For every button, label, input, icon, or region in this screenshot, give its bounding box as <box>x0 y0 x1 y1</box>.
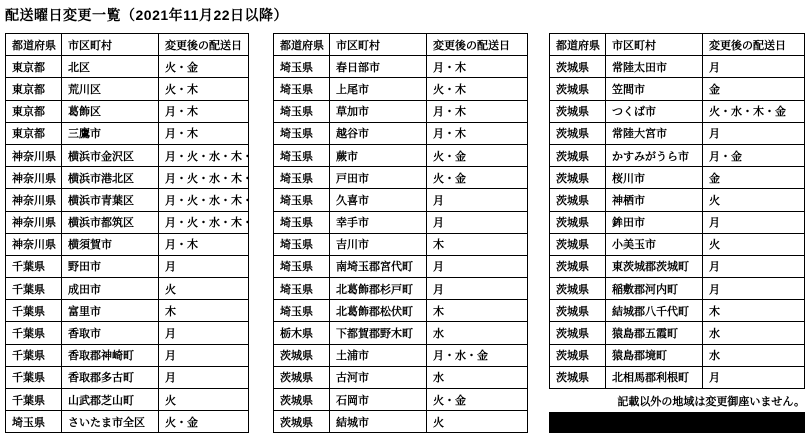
municipality-cell: 北相馬郡利根町 <box>606 366 703 388</box>
delivery-days-cell: 月 <box>703 56 805 78</box>
municipality-cell: 桜川市 <box>606 167 703 189</box>
prefecture-cell: 茨城県 <box>550 56 606 78</box>
municipality-cell: 上尾市 <box>330 78 427 100</box>
table-row: 茨城県笠間市金 <box>550 78 805 100</box>
delivery-days-cell: 水 <box>427 366 528 388</box>
table-row: 神奈川県横浜市金沢区月・火・水・木・金 <box>6 144 249 166</box>
municipality-cell: 横浜市金沢区 <box>62 144 159 166</box>
prefecture-cell: 東京都 <box>6 122 62 144</box>
prefecture-cell: 千葉県 <box>6 278 62 300</box>
municipality-cell: 越谷市 <box>330 122 427 144</box>
delivery-days-cell: 月 <box>703 278 805 300</box>
delivery-days-cell: 火 <box>159 389 249 411</box>
municipality-cell: 横浜市港北区 <box>62 167 159 189</box>
delivery-days-cell: 木 <box>427 300 528 322</box>
municipality-cell: 結城郡八千代町 <box>606 300 703 322</box>
delivery-days-cell: 月 <box>703 122 805 144</box>
column-header: 都道府県 <box>6 34 62 56</box>
municipality-cell: かすみがうら市 <box>606 144 703 166</box>
delivery-days-cell: 木 <box>427 233 528 255</box>
municipality-cell: 常陸大宮市 <box>606 122 703 144</box>
table-row: 埼玉県さいたま市全区火・金 <box>6 411 249 433</box>
prefecture-cell: 茨城県 <box>550 344 606 366</box>
table-row: 千葉県香取郡多古町月 <box>6 366 249 388</box>
table-row: 茨城県神栖市火 <box>550 189 805 211</box>
prefecture-cell: 千葉県 <box>6 366 62 388</box>
delivery-days-cell: 月・木 <box>159 233 249 255</box>
delivery-days-cell: 木 <box>159 300 249 322</box>
municipality-cell: 土浦市 <box>330 344 427 366</box>
header-row: 都道府県市区町村変更後の配送日 <box>6 34 249 56</box>
delivery-days-cell: 月 <box>427 189 528 211</box>
table-row: 神奈川県横浜市港北区月・火・水・木・金 <box>6 167 249 189</box>
municipality-cell: 石岡市 <box>330 389 427 411</box>
prefecture-cell: 埼玉県 <box>274 278 330 300</box>
page-title: 配送曜日変更一覧（2021年11月22日以降） <box>5 5 288 25</box>
table-row: 埼玉県蕨市火・金 <box>274 144 528 166</box>
delivery-days-cell: 水 <box>427 322 528 344</box>
municipality-cell: 北葛飾郡松伏町 <box>330 300 427 322</box>
table-row: 埼玉県北葛飾郡杉戸町月 <box>274 278 528 300</box>
municipality-cell: 神栖市 <box>606 189 703 211</box>
prefecture-cell: 神奈川県 <box>6 167 62 189</box>
prefecture-cell: 茨城県 <box>550 100 606 122</box>
municipality-cell: 笠間市 <box>606 78 703 100</box>
prefecture-cell: 神奈川県 <box>6 211 62 233</box>
column-header: 都道府県 <box>274 34 330 56</box>
municipality-cell: 下都賀郡野木町 <box>330 322 427 344</box>
table-row: 埼玉県久喜市月 <box>274 189 528 211</box>
delivery-days-cell: 火・金 <box>159 56 249 78</box>
municipality-cell: 南埼玉郡宮代町 <box>330 255 427 277</box>
municipality-cell: 戸田市 <box>330 167 427 189</box>
table-row: 埼玉県戸田市火・金 <box>274 167 528 189</box>
municipality-cell: 北区 <box>62 56 159 78</box>
column-header: 都道府県 <box>550 34 606 56</box>
prefecture-cell: 埼玉県 <box>274 56 330 78</box>
delivery-change-table-3: 都道府県市区町村変更後の配送日茨城県常陸太田市月茨城県笠間市金茨城県つくば市火・… <box>549 33 805 389</box>
table-row: 埼玉県春日部市月・木 <box>274 56 528 78</box>
delivery-days-cell: 月 <box>703 211 805 233</box>
table-row: 神奈川県横浜市青葉区月・火・水・木・金 <box>6 189 249 211</box>
municipality-cell: 横浜市青葉区 <box>62 189 159 211</box>
prefecture-cell: 埼玉県 <box>274 100 330 122</box>
table-row: 茨城県古河市水 <box>274 366 528 388</box>
delivery-days-cell: 水 <box>703 344 805 366</box>
delivery-days-cell: 月 <box>159 344 249 366</box>
column-header: 変更後の配送日 <box>703 34 805 56</box>
delivery-days-cell: 月 <box>427 211 528 233</box>
column-header: 市区町村 <box>606 34 703 56</box>
table-row: 千葉県香取郡神崎町月 <box>6 344 249 366</box>
prefecture-cell: 千葉県 <box>6 300 62 322</box>
table-row: 埼玉県北葛飾郡松伏町木 <box>274 300 528 322</box>
municipality-cell: 古河市 <box>330 366 427 388</box>
municipality-cell: 草加市 <box>330 100 427 122</box>
prefecture-cell: 茨城県 <box>550 211 606 233</box>
redacted-black-bar <box>549 412 805 433</box>
prefecture-cell: 茨城県 <box>550 322 606 344</box>
prefecture-cell: 茨城県 <box>274 411 330 433</box>
table-row: 茨城県鉾田市月 <box>550 211 805 233</box>
table-row: 茨城県土浦市月・水・金 <box>274 344 528 366</box>
prefecture-cell: 埼玉県 <box>6 411 62 433</box>
municipality-cell: 吉川市 <box>330 233 427 255</box>
municipality-cell: 香取市 <box>62 322 159 344</box>
municipality-cell: 富里市 <box>62 300 159 322</box>
prefecture-cell: 埼玉県 <box>274 300 330 322</box>
table-row: 東京都北区火・金 <box>6 56 249 78</box>
delivery-days-cell: 月・火・水・木・金 <box>159 189 249 211</box>
table-row: 埼玉県越谷市月・木 <box>274 122 528 144</box>
delivery-days-cell: 月・火・水・木・金 <box>159 211 249 233</box>
municipality-cell: 鉾田市 <box>606 211 703 233</box>
municipality-cell: 稲敷郡河内町 <box>606 278 703 300</box>
prefecture-cell: 東京都 <box>6 56 62 78</box>
municipality-cell: 山武郡芝山町 <box>62 389 159 411</box>
municipality-cell: 幸手市 <box>330 211 427 233</box>
table-row: 千葉県富里市木 <box>6 300 249 322</box>
table-row: 東京都三鷹市月・木 <box>6 122 249 144</box>
delivery-days-cell: 月・木 <box>427 100 528 122</box>
delivery-days-cell: 月・木 <box>159 100 249 122</box>
municipality-cell: 成田市 <box>62 278 159 300</box>
delivery-days-cell: 月・木 <box>427 122 528 144</box>
municipality-cell: 蕨市 <box>330 144 427 166</box>
delivery-days-cell: 火・金 <box>427 389 528 411</box>
municipality-cell: 久喜市 <box>330 189 427 211</box>
delivery-days-cell: 月 <box>703 255 805 277</box>
municipality-cell: 小美玉市 <box>606 233 703 255</box>
exception-note: 記載以外の地域は変更御座いません。 <box>549 393 805 409</box>
municipality-cell: 猿島郡五霞町 <box>606 322 703 344</box>
prefecture-cell: 茨城県 <box>274 389 330 411</box>
prefecture-cell: 茨城県 <box>550 278 606 300</box>
delivery-days-cell: 月・火・水・木・金 <box>159 167 249 189</box>
delivery-days-cell: 金 <box>703 78 805 100</box>
table-row: 茨城県つくば市火・水・木・金 <box>550 100 805 122</box>
municipality-cell: さいたま市全区 <box>62 411 159 433</box>
municipality-cell: 荒川区 <box>62 78 159 100</box>
municipality-cell: 横浜市都筑区 <box>62 211 159 233</box>
table-row: 茨城県北相馬郡利根町月 <box>550 366 805 388</box>
municipality-cell: 結城市 <box>330 411 427 433</box>
table-row: 茨城県稲敷郡河内町月 <box>550 278 805 300</box>
table-row: 茨城県常陸大宮市月 <box>550 122 805 144</box>
table-row: 茨城県石岡市火・金 <box>274 389 528 411</box>
delivery-days-cell: 月・火・水・木・金 <box>159 144 249 166</box>
municipality-cell: 香取郡多古町 <box>62 366 159 388</box>
delivery-days-cell: 火・金 <box>427 144 528 166</box>
prefecture-cell: 東京都 <box>6 100 62 122</box>
prefecture-cell: 埼玉県 <box>274 122 330 144</box>
table-row: 埼玉県吉川市木 <box>274 233 528 255</box>
prefecture-cell: 神奈川県 <box>6 189 62 211</box>
table-row: 東京都葛飾区月・木 <box>6 100 249 122</box>
delivery-days-cell: 月 <box>159 322 249 344</box>
prefecture-cell: 茨城県 <box>550 144 606 166</box>
table-row: 埼玉県幸手市月 <box>274 211 528 233</box>
table-row: 千葉県野田市月 <box>6 255 249 277</box>
delivery-days-cell: 火・金 <box>159 411 249 433</box>
prefecture-cell: 神奈川県 <box>6 233 62 255</box>
prefecture-cell: 千葉県 <box>6 389 62 411</box>
delivery-days-cell: 火 <box>159 278 249 300</box>
municipality-cell: 三鷹市 <box>62 122 159 144</box>
delivery-days-cell: 月 <box>703 366 805 388</box>
delivery-days-cell: 月・木 <box>427 56 528 78</box>
table-row: 茨城県結城市火 <box>274 411 528 433</box>
prefecture-cell: 埼玉県 <box>274 144 330 166</box>
delivery-days-cell: 火・木 <box>427 78 528 100</box>
table-row: 茨城県かすみがうら市月・金 <box>550 144 805 166</box>
prefecture-cell: 埼玉県 <box>274 78 330 100</box>
delivery-days-cell: 火 <box>427 411 528 433</box>
delivery-days-cell: 火 <box>703 189 805 211</box>
prefecture-cell: 千葉県 <box>6 322 62 344</box>
table-row: 茨城県桜川市金 <box>550 167 805 189</box>
prefecture-cell: 千葉県 <box>6 344 62 366</box>
prefecture-cell: 埼玉県 <box>274 211 330 233</box>
table-row: 埼玉県草加市月・木 <box>274 100 528 122</box>
table-row: 栃木県下都賀郡野木町水 <box>274 322 528 344</box>
delivery-days-cell: 木 <box>703 300 805 322</box>
prefecture-cell: 千葉県 <box>6 255 62 277</box>
prefecture-cell: 埼玉県 <box>274 167 330 189</box>
table-row: 茨城県猿島郡五霞町水 <box>550 322 805 344</box>
prefecture-cell: 東京都 <box>6 78 62 100</box>
table-row: 千葉県山武郡芝山町火 <box>6 389 249 411</box>
table-row: 神奈川県横浜市都筑区月・火・水・木・金 <box>6 211 249 233</box>
delivery-days-cell: 金 <box>703 167 805 189</box>
table-row: 茨城県東茨城郡茨城町月 <box>550 255 805 277</box>
column-header: 市区町村 <box>330 34 427 56</box>
delivery-days-cell: 水 <box>703 322 805 344</box>
municipality-cell: 横須賀市 <box>62 233 159 255</box>
delivery-days-cell: 月 <box>427 255 528 277</box>
table-row: 神奈川県横須賀市月・木 <box>6 233 249 255</box>
table-row: 茨城県猿島郡境町水 <box>550 344 805 366</box>
municipality-cell: 春日部市 <box>330 56 427 78</box>
prefecture-cell: 埼玉県 <box>274 255 330 277</box>
table-row: 千葉県成田市火 <box>6 278 249 300</box>
header-row: 都道府県市区町村変更後の配送日 <box>550 34 805 56</box>
delivery-days-cell: 火 <box>703 233 805 255</box>
prefecture-cell: 茨城県 <box>550 78 606 100</box>
delivery-days-cell: 月・水・金 <box>427 344 528 366</box>
table-row: 茨城県常陸太田市月 <box>550 56 805 78</box>
table-row: 茨城県小美玉市火 <box>550 233 805 255</box>
prefecture-cell: 埼玉県 <box>274 189 330 211</box>
delivery-days-cell: 火・水・木・金 <box>703 100 805 122</box>
delivery-days-cell: 月・木 <box>159 122 249 144</box>
prefecture-cell: 茨城県 <box>550 233 606 255</box>
prefecture-cell: 茨城県 <box>550 189 606 211</box>
table-row: 埼玉県上尾市火・木 <box>274 78 528 100</box>
municipality-cell: 野田市 <box>62 255 159 277</box>
delivery-change-table-2: 都道府県市区町村変更後の配送日埼玉県春日部市月・木埼玉県上尾市火・木埼玉県草加市… <box>273 33 528 433</box>
delivery-days-cell: 火・木 <box>159 78 249 100</box>
prefecture-cell: 茨城県 <box>550 255 606 277</box>
municipality-cell: 常陸太田市 <box>606 56 703 78</box>
header-row: 都道府県市区町村変更後の配送日 <box>274 34 528 56</box>
delivery-days-cell: 月・金 <box>703 144 805 166</box>
municipality-cell: 香取郡神崎町 <box>62 344 159 366</box>
prefecture-cell: 茨城県 <box>550 167 606 189</box>
prefecture-cell: 茨城県 <box>550 122 606 144</box>
prefecture-cell: 栃木県 <box>274 322 330 344</box>
delivery-days-cell: 月 <box>159 366 249 388</box>
municipality-cell: 葛飾区 <box>62 100 159 122</box>
municipality-cell: 猿島郡境町 <box>606 344 703 366</box>
prefecture-cell: 茨城県 <box>274 344 330 366</box>
delivery-change-table-1: 都道府県市区町村変更後の配送日東京都北区火・金東京都荒川区火・木東京都葛飾区月・… <box>5 33 249 433</box>
prefecture-cell: 茨城県 <box>274 366 330 388</box>
prefecture-cell: 茨城県 <box>550 366 606 388</box>
delivery-days-cell: 火・金 <box>427 167 528 189</box>
delivery-days-cell: 月 <box>159 255 249 277</box>
prefecture-cell: 茨城県 <box>550 300 606 322</box>
table-row: 埼玉県南埼玉郡宮代町月 <box>274 255 528 277</box>
prefecture-cell: 神奈川県 <box>6 144 62 166</box>
table-row: 千葉県香取市月 <box>6 322 249 344</box>
municipality-cell: 北葛飾郡杉戸町 <box>330 278 427 300</box>
column-header: 市区町村 <box>62 34 159 56</box>
municipality-cell: つくば市 <box>606 100 703 122</box>
table-row: 茨城県結城郡八千代町木 <box>550 300 805 322</box>
delivery-days-cell: 月 <box>427 278 528 300</box>
municipality-cell: 東茨城郡茨城町 <box>606 255 703 277</box>
prefecture-cell: 埼玉県 <box>274 233 330 255</box>
column-header: 変更後の配送日 <box>159 34 249 56</box>
table-row: 東京都荒川区火・木 <box>6 78 249 100</box>
column-header: 変更後の配送日 <box>427 34 528 56</box>
